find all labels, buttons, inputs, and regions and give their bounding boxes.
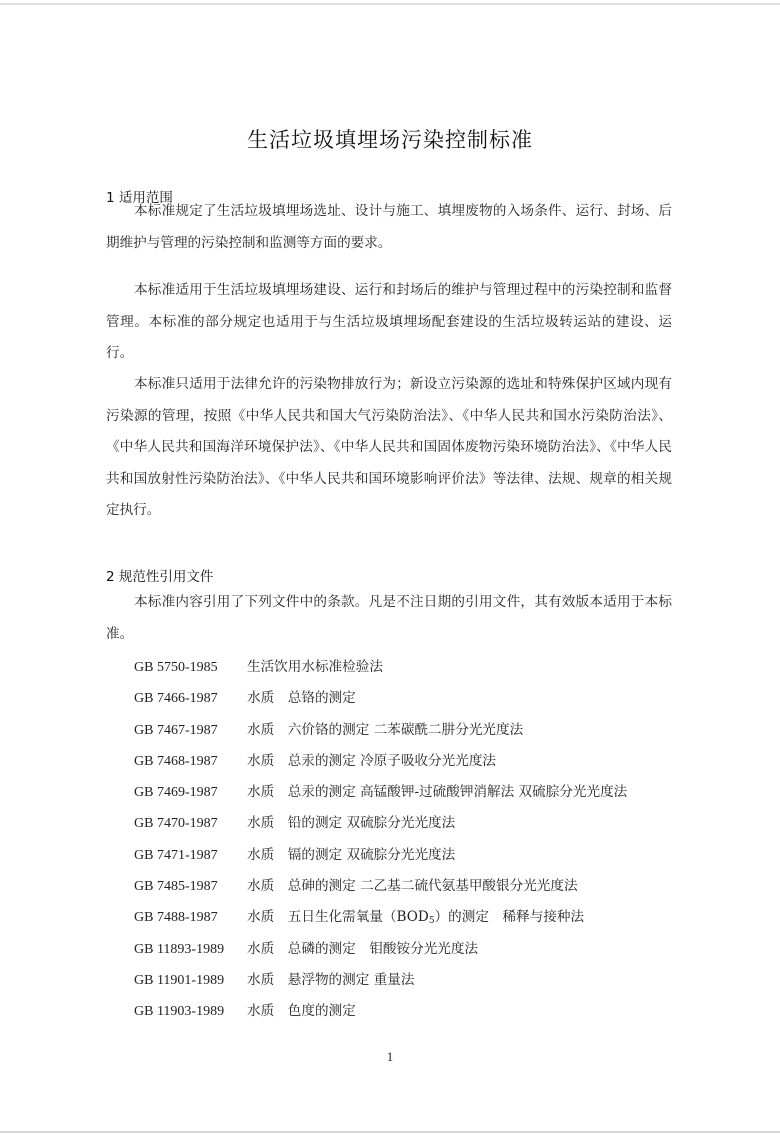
reference-item: GB 7467-1987水质 六价铬的测定 二苯碳酰二肼分光光度法 <box>134 715 694 746</box>
reference-title: 水质 色度的测定 <box>247 996 694 1027</box>
reference-item: GB 7485-1987水质 总砷的测定 二乙基二硫代氨基甲酸银分光光度法 <box>134 871 694 902</box>
page-bottom-border <box>0 1131 780 1133</box>
reference-code: GB 7469-1987 <box>134 777 247 808</box>
reference-title-part: 水质 五日生化需氧量（BOD <box>247 909 429 925</box>
paragraph: 本标准只适用于法律允许的污染物排放行为；新设立污染源的选址和特殊保护区域内现有污… <box>106 369 672 527</box>
section-heading-normative-references: 2 规范性引用文件 <box>106 565 213 585</box>
reference-title: 水质 总铬的测定 <box>247 683 694 714</box>
reference-code: GB 11901-1989 <box>134 965 247 996</box>
reference-title: 水质 总砷的测定 二乙基二硫代氨基甲酸银分光光度法 <box>247 871 694 902</box>
document-title: 生活垃圾填埋场污染控制标准 <box>0 124 780 154</box>
paragraph: 本标准内容引用了下列文件中的条款。凡是不注日期的引用文件，其有效版本适用于本标准… <box>106 587 672 650</box>
reference-item: GB 7488-1987水质 五日生化需氧量（BOD5）的测定 稀释与接种法 <box>134 902 694 933</box>
reference-title: 水质 五日生化需氧量（BOD5）的测定 稀释与接种法 <box>247 902 694 933</box>
reference-item: GB 11903-1989水质 色度的测定 <box>134 996 694 1027</box>
reference-code: GB 11903-1989 <box>134 996 247 1027</box>
reference-code: GB 5750-1985 <box>134 652 247 683</box>
reference-code: GB 7471-1987 <box>134 840 247 871</box>
reference-code: GB 7467-1987 <box>134 715 247 746</box>
reference-item: GB 7468-1987水质 总汞的测定 冷原子吸收分光光度法 <box>134 746 694 777</box>
reference-item: GB 7466-1987水质 总铬的测定 <box>134 683 694 714</box>
paragraph: 本标准规定了生活垃圾填埋场选址、设计与施工、填埋废物的入场条件、运行、封场、后期… <box>106 196 672 259</box>
document-page: 生活垃圾填埋场污染控制标准 1 适用范围 本标准规定了生活垃圾填埋场选址、设计与… <box>0 0 780 1137</box>
reference-code: GB 7468-1987 <box>134 746 247 777</box>
reference-title: 水质 悬浮物的测定 重量法 <box>247 965 694 996</box>
reference-list: GB 5750-1985生活饮用水标准检验法 GB 7466-1987水质 总铬… <box>134 652 694 1028</box>
reference-title: 水质 铅的测定 双硫腙分光光度法 <box>247 808 694 839</box>
page-number: 1 <box>0 1049 780 1065</box>
reference-item: GB 7469-1987水质 总汞的测定 高锰酸钾-过硫酸钾消解法 双硫腙分光光… <box>134 777 694 808</box>
reference-title-part: ）的测定 稀释与接种法 <box>435 909 585 925</box>
reference-title: 水质 镉的测定 双硫腙分光光度法 <box>247 840 694 871</box>
reference-item: GB 7471-1987水质 镉的测定 双硫腙分光光度法 <box>134 840 694 871</box>
paragraph: 本标准适用于生活垃圾填埋场建设、运行和封场后的维护与管理过程中的污染控制和监督管… <box>106 275 672 370</box>
reference-item: GB 5750-1985生活饮用水标准检验法 <box>134 652 694 683</box>
reference-title: 水质 六价铬的测定 二苯碳酰二肼分光光度法 <box>247 715 694 746</box>
reference-code: GB 7466-1987 <box>134 683 247 714</box>
reference-title: 水质 总磷的测定 钼酸铵分光光度法 <box>247 934 694 965</box>
reference-code: GB 7488-1987 <box>134 902 247 933</box>
reference-title: 水质 总汞的测定 冷原子吸收分光光度法 <box>247 746 694 777</box>
reference-title: 水质 总汞的测定 高锰酸钾-过硫酸钾消解法 双硫腙分光光度法 <box>247 777 694 808</box>
reference-title: 生活饮用水标准检验法 <box>247 652 694 683</box>
reference-code: GB 11893-1989 <box>134 934 247 965</box>
reference-code: GB 7470-1987 <box>134 808 247 839</box>
reference-item: GB 11901-1989水质 悬浮物的测定 重量法 <box>134 965 694 996</box>
reference-item: GB 11893-1989水质 总磷的测定 钼酸铵分光光度法 <box>134 934 694 965</box>
reference-item: GB 7470-1987水质 铅的测定 双硫腙分光光度法 <box>134 808 694 839</box>
reference-code: GB 7485-1987 <box>134 871 247 902</box>
